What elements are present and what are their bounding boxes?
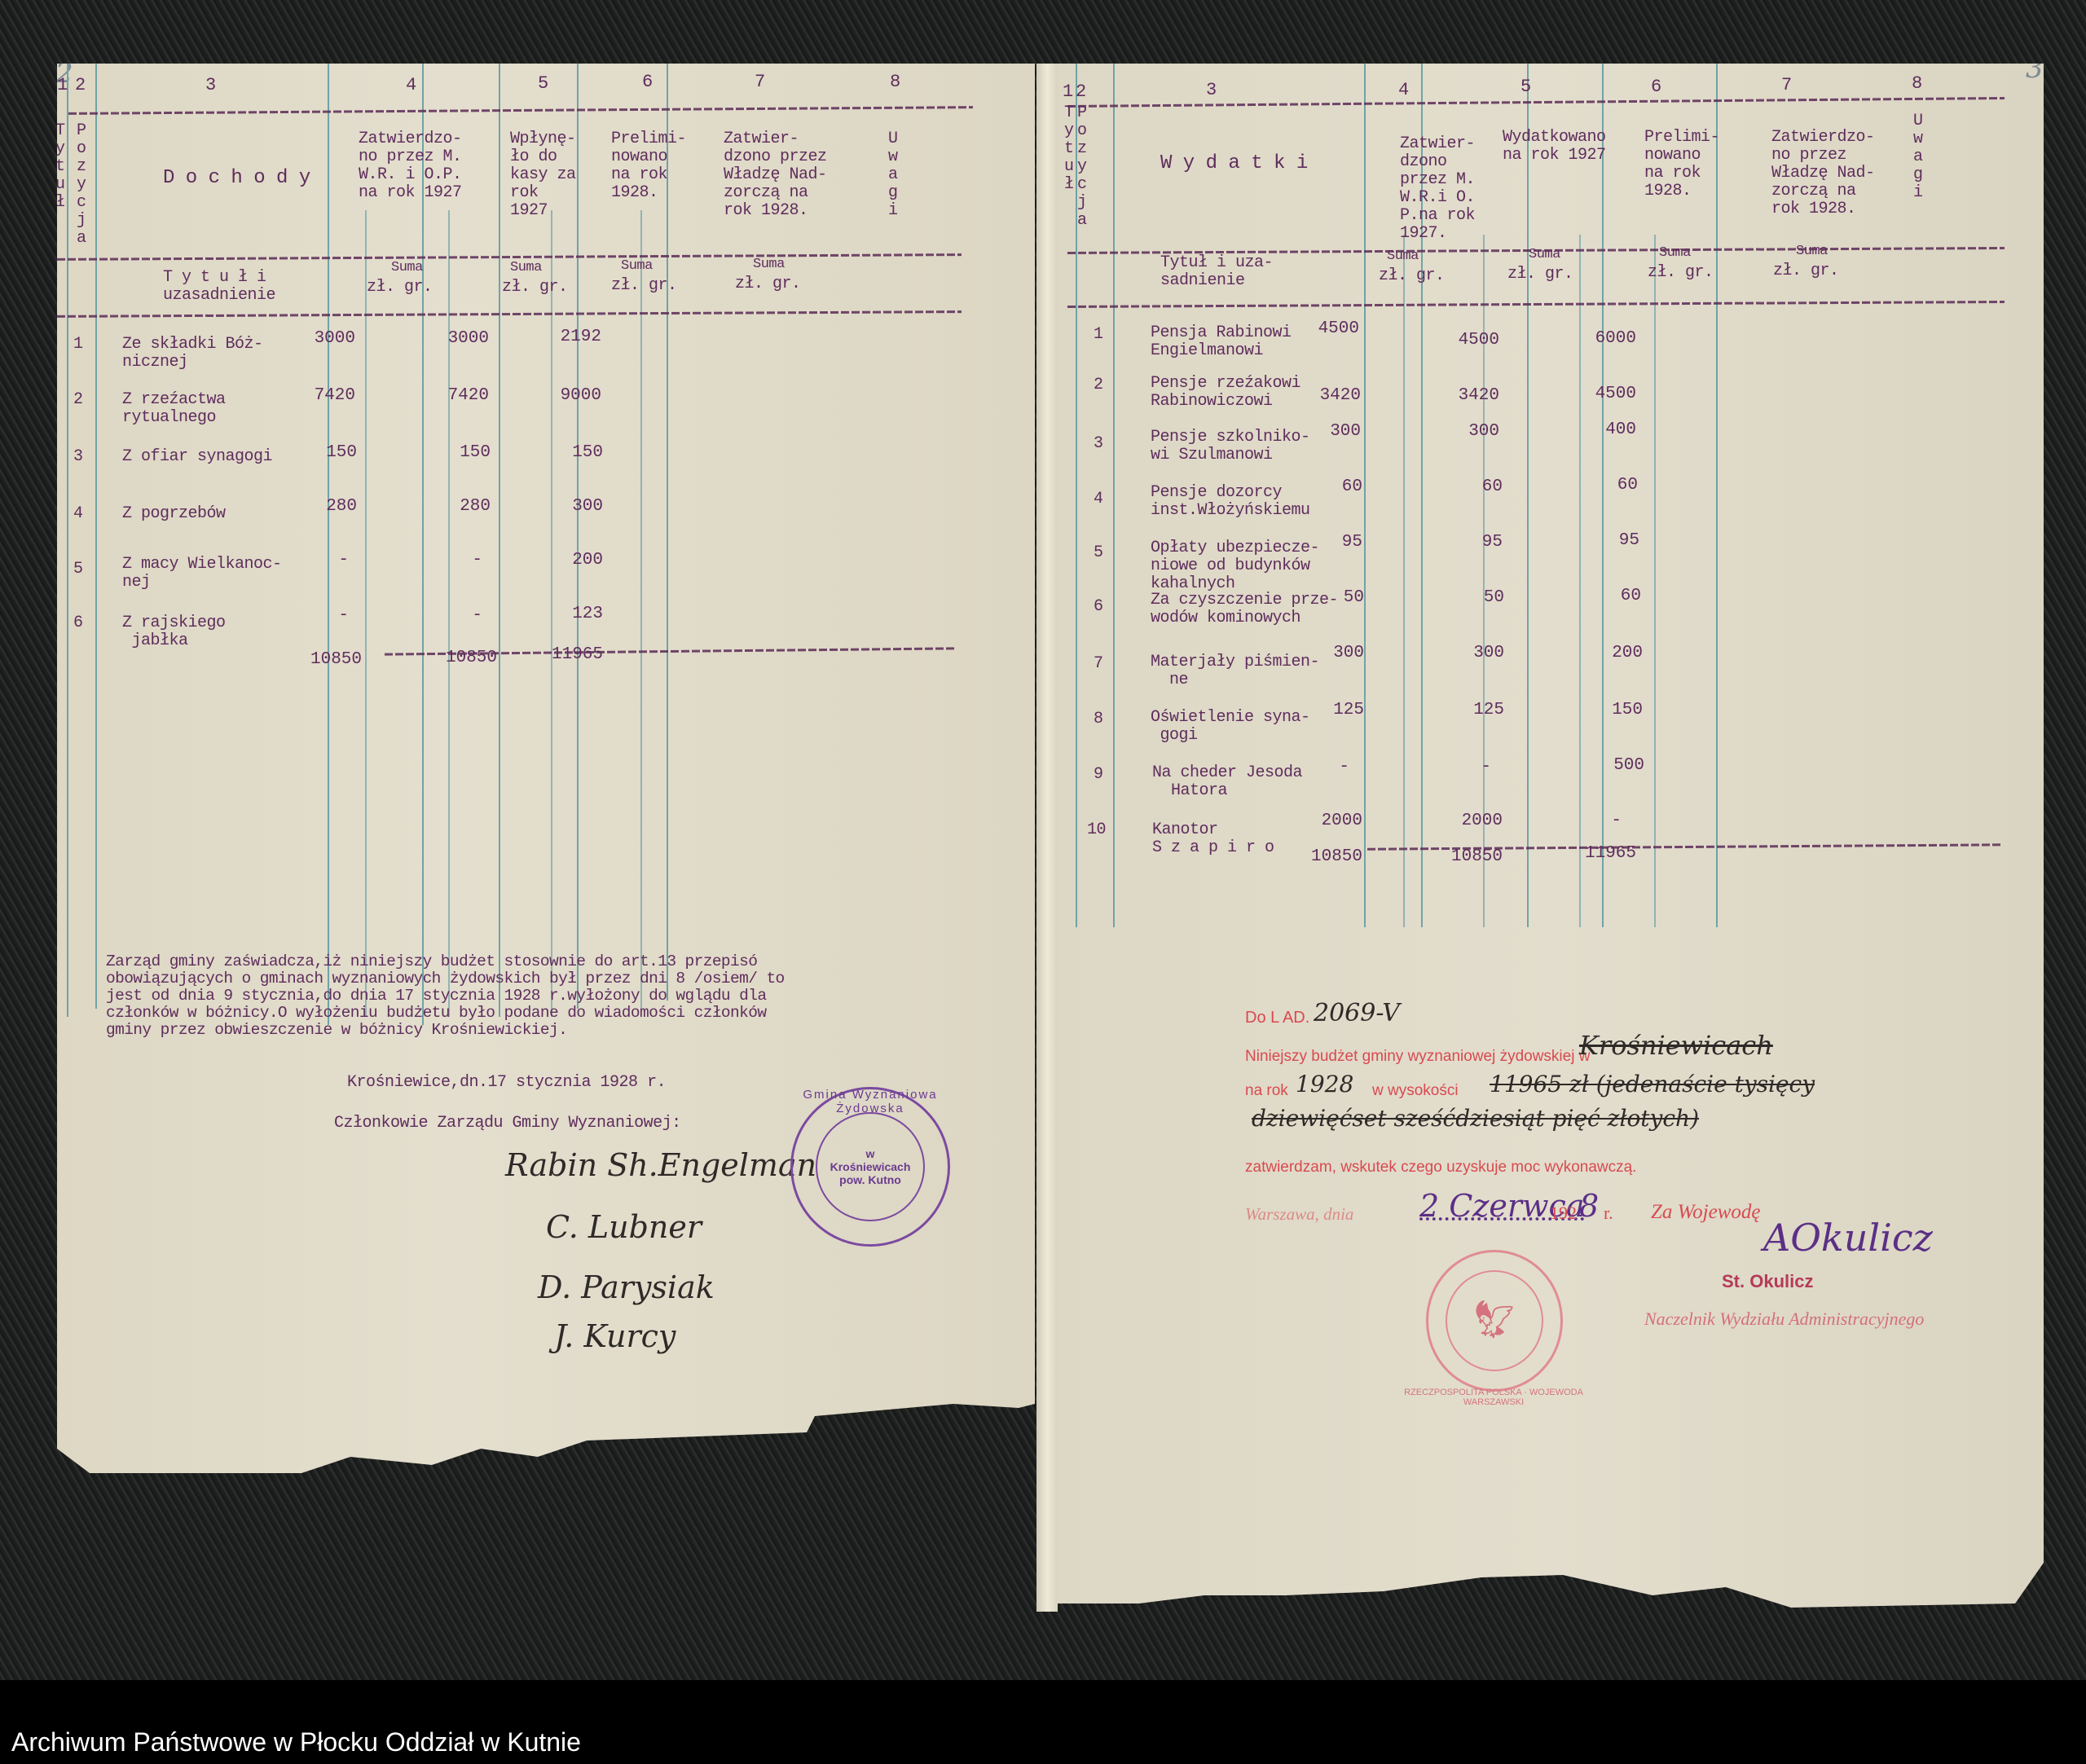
- subheader-justification: Tytuł i uza- sadnienie: [1160, 254, 1273, 290]
- signature-member: C. Lubner: [546, 1209, 702, 1245]
- stamp-inner-w: w: [817, 1147, 923, 1160]
- signer-title-stamp: Naczelnik Wydziału Administracyjnego: [1644, 1309, 1924, 1330]
- subheader-units: zł. gr.: [611, 277, 677, 295]
- stamp-outer-text: Gmina Wyznaniowa Żydowska: [793, 1088, 948, 1115]
- cell-spent-1927: -: [1418, 758, 1491, 776]
- subheader-suma: Suma: [753, 256, 785, 274]
- header-pozycja: Pozycja: [1076, 104, 1089, 230]
- row-description: Pensja Rabinowi Engielmanowi: [1151, 324, 1292, 360]
- column-divider: [328, 64, 329, 1025]
- header-rule: [68, 106, 973, 115]
- board-members-label: Członkowie Zarządu Gminy Wyznaniowej:: [334, 1115, 681, 1133]
- column-divider: [67, 64, 68, 1017]
- cell-received-1927: -: [409, 606, 482, 625]
- cell-approved-1927: -: [275, 606, 349, 625]
- cell-received-1927: 3000: [416, 329, 489, 348]
- eagle-emblem-icon: 🦅︎: [1446, 1270, 1543, 1371]
- column-divider: [95, 64, 97, 1009]
- column-number: 1: [1063, 81, 1073, 102]
- stamp-inner-town: Krośniewicach: [817, 1160, 923, 1173]
- amount-words-handwritten: dziewięćset sześćdziesiąt pięć złotych): [1252, 1105, 1699, 1132]
- row-position: 1: [1094, 326, 1103, 344]
- signature-member: D. Parysiak: [538, 1269, 715, 1305]
- column-number: 8: [890, 72, 900, 92]
- column-divider: [640, 210, 642, 1009]
- cell-approved-1927: 3000: [282, 329, 355, 348]
- row-description: Z pogrzebów: [122, 505, 226, 523]
- archive-caption: Archiwum Państwowe w Płocku Oddział w Ku…: [11, 1727, 581, 1757]
- row-description: Z macy Wielkanoc- nej: [122, 556, 282, 592]
- column-divider: [1654, 235, 1656, 927]
- row-description: Ze składki Bóż- nicznej: [122, 336, 263, 372]
- header-approved-1927: Zatwierdzo- no przez M. W.R. i O.P. na r…: [359, 130, 462, 202]
- row-position: 2: [73, 391, 83, 409]
- cell-planned-1928: 400: [1563, 420, 1636, 439]
- subheader-suma: Suma: [1659, 244, 1691, 262]
- row-description: Oświetlenie syna- gogi: [1151, 709, 1310, 745]
- total-planned-1928: 11965: [1563, 844, 1636, 863]
- row-description: Z rajskiego jabłka: [122, 614, 226, 650]
- year-r: r.: [1604, 1203, 1613, 1224]
- place-date-prefix: Warszawa, dnia: [1245, 1204, 1353, 1225]
- cell-approved-1927: 125: [1291, 701, 1364, 719]
- cell-approved-1927: 280: [284, 497, 357, 516]
- cell-spent-1927: 3420: [1426, 386, 1499, 405]
- row-position: 1: [73, 336, 83, 354]
- cell-spent-1927: 95: [1429, 533, 1503, 552]
- place-date: Krośniewice,dn.17 stycznia 1928 r.: [347, 1074, 666, 1092]
- year-prefix: 192: [1550, 1203, 1577, 1224]
- row-position: 5: [73, 561, 83, 578]
- header-uwagi: Uwagi: [1912, 112, 1925, 202]
- voivode-signature: AOkulicz: [1763, 1216, 1933, 1260]
- cell-approved-1927: 50: [1291, 588, 1364, 607]
- cell-planned-1928: 150: [530, 443, 603, 462]
- cell-planned-1928: 300: [530, 497, 603, 516]
- header-planned-1928: Prelimi- nowano na rok 1928.: [611, 130, 686, 202]
- cell-spent-1927: 4500: [1426, 331, 1499, 350]
- cell-spent-1927: 60: [1429, 477, 1503, 496]
- row-description: Pensje dozorcy inst.Włożyńskiemu: [1151, 484, 1310, 520]
- cell-approved-1927: 2000: [1289, 812, 1362, 830]
- subheader-units: zł. gr.: [735, 275, 801, 293]
- total-received-1927: 10850: [424, 649, 497, 667]
- amount-label: w wysokości: [1372, 1082, 1459, 1100]
- cell-planned-1928: 2192: [528, 328, 601, 346]
- header-uwagi: Uwagi: [887, 130, 900, 220]
- column-number: 7: [1781, 75, 1792, 95]
- header-spent-1927: Wydatkowano na rok 1927: [1503, 129, 1606, 165]
- expense-budget-page: 3 1 2 3 4 5 6 7 8 Tytuł Pozycja W y d a …: [1058, 64, 2044, 1612]
- column-number: 6: [1651, 77, 1661, 97]
- column-divider: [1527, 64, 1529, 927]
- cell-approved-1927: 60: [1289, 477, 1362, 496]
- approval-line3: zatwierdzam, wskutek czego uzyskuje moc …: [1245, 1159, 1636, 1177]
- cell-planned-1928: 4500: [1563, 385, 1636, 403]
- total-approved-1927: 10850: [288, 650, 362, 669]
- cell-received-1927: -: [409, 551, 482, 570]
- column-divider: [499, 64, 500, 1017]
- row-description: Z rzeźactwa rytualnego: [122, 391, 226, 427]
- cell-approved-1927: 95: [1289, 533, 1362, 552]
- cell-planned-1928: 500: [1571, 756, 1644, 775]
- table-body-rule: [1067, 301, 2005, 308]
- header-approved-1928: Zatwier- dzono przez Władzę Nad- zorczą …: [724, 130, 827, 220]
- cell-approved-1927: 150: [284, 443, 357, 462]
- row-position: 4: [1094, 490, 1103, 508]
- total-spent-1927: 10850: [1429, 847, 1503, 866]
- row-position: 6: [73, 614, 83, 632]
- cell-planned-1928: 123: [530, 605, 603, 623]
- column-number: 2: [75, 75, 86, 95]
- subheader-suma: Suma: [510, 259, 542, 277]
- row-position: 5: [1094, 544, 1103, 562]
- column-number: 5: [538, 73, 548, 94]
- row-position: 9: [1094, 766, 1103, 784]
- community-stamp: w Krośniewicach pow. Kutno Gmina Wyznani…: [790, 1087, 950, 1247]
- table-body-rule: [57, 310, 962, 318]
- row-description: Z ofiar synagogi: [122, 448, 272, 466]
- cell-approved-1927: -: [275, 551, 349, 570]
- year-handwritten: 1928: [1296, 1071, 1353, 1098]
- stamp-inner-county: pow. Kutno: [817, 1173, 923, 1186]
- amount-handwritten: 11965 zł (jedenaście tysięcy: [1490, 1071, 1815, 1098]
- signature-member: J. Kurcy: [554, 1318, 676, 1354]
- cell-approved-1927: 300: [1287, 422, 1361, 441]
- town-handwritten: Krośniewicach: [1579, 1030, 1773, 1061]
- column-divider: [1403, 235, 1405, 927]
- archive-footer: Archiwum Państwowe w Płocku Oddział w Ku…: [0, 1680, 2086, 1764]
- row-position: 6: [1094, 598, 1103, 616]
- column-divider: [1364, 64, 1366, 927]
- subheader-units: zł. gr.: [367, 279, 433, 297]
- cell-spent-1927: 2000: [1429, 812, 1503, 830]
- row-position: 3: [1094, 435, 1103, 453]
- total-planned-1928: 11965: [530, 645, 603, 664]
- header-approved-1927: Zatwier- dzono przez M. W.R.i O. P.na ro…: [1400, 135, 1475, 243]
- header-pozycja: Pozycja: [75, 122, 88, 248]
- row-position: 2: [1094, 376, 1103, 394]
- header-expense-title: W y d a t k i: [1160, 155, 1308, 173]
- column-number: 4: [406, 75, 416, 95]
- row-position: 8: [1094, 710, 1103, 728]
- year-label: na rok: [1245, 1082, 1288, 1100]
- column-number: 2: [1076, 81, 1086, 102]
- row-description: Pensje rzeźakowi Rabinowiczowi: [1151, 375, 1300, 411]
- column-number: 5: [1520, 77, 1531, 97]
- subheader-suma: Suma: [391, 259, 423, 277]
- total-approved-1927: 10850: [1289, 847, 1362, 866]
- subheader-units: zł. gr.: [1773, 262, 1839, 280]
- row-position: 4: [73, 505, 83, 523]
- column-divider: [667, 64, 668, 1001]
- income-budget-page: 2 1 2 3 4 5 6 7 8 Tytuł Pozycja D o c h …: [57, 64, 1035, 1595]
- header-income-title: D o c h o d y: [163, 169, 310, 187]
- cell-planned-1928: 150: [1569, 701, 1643, 719]
- cell-approved-1927: 3420: [1287, 386, 1361, 405]
- row-position: 10: [1087, 821, 1106, 839]
- cell-approved-1927: 4500: [1286, 319, 1359, 338]
- cell-spent-1927: 50: [1431, 588, 1504, 607]
- year-suffix-handwritten: 8: [1579, 1188, 1599, 1224]
- header-planned-1928: Prelimi- nowano na rok 1928.: [1644, 129, 1719, 200]
- column-divider: [577, 64, 579, 1009]
- column-number: 6: [642, 72, 653, 92]
- subheader-justification: T y t u ł i uzasadnienie: [163, 269, 275, 305]
- row-description: Pensje szkolniko- wi Szulmanowi: [1151, 429, 1310, 464]
- cell-spent-1927: 300: [1426, 422, 1499, 441]
- header-received-1927: Wpłynę- ło do kasy za rok 1927: [510, 130, 576, 220]
- cell-received-1927: 150: [417, 443, 491, 462]
- subheader-units: zł. gr.: [1379, 267, 1445, 285]
- subheader-units: zł. gr.: [1648, 264, 1714, 282]
- seal-text: RZECZPOSPOLITA POLSKA · WOJEWODA WARSZAW…: [1396, 1388, 1591, 1407]
- header-tytul: Tytuł: [1063, 104, 1076, 194]
- cell-spent-1927: 125: [1431, 701, 1504, 719]
- column-divider: [1113, 64, 1115, 927]
- signature-rabbi: Rabin Sh.Engelman: [505, 1147, 816, 1183]
- reference-label: Do L AD.: [1245, 1009, 1309, 1027]
- row-description: Kanotor S z a p i r o: [1152, 821, 1274, 857]
- column-number: 3: [1206, 80, 1217, 100]
- for-voivode-label: Za Wojewodę: [1651, 1201, 1761, 1224]
- cell-planned-1928: 200: [1569, 644, 1643, 662]
- cell-received-1927: 7420: [416, 386, 489, 405]
- header-approved-1928: Zatwierdzo- no przez Władzę Nad- zorczą …: [1771, 129, 1875, 218]
- column-divider: [1602, 64, 1604, 927]
- subheader-suma: Suma: [1529, 246, 1560, 264]
- subheader-units: zł. gr.: [502, 279, 568, 297]
- cell-planned-1928: 60: [1568, 587, 1641, 605]
- cell-received-1927: 280: [417, 497, 491, 516]
- subheader-units: zł. gr.: [1507, 266, 1573, 284]
- column-divider: [365, 210, 367, 1017]
- row-position: 3: [73, 448, 83, 466]
- signer-name-stamp: St. Okulicz: [1722, 1271, 1813, 1292]
- cell-planned-1928: -: [1548, 812, 1622, 830]
- cell-planned-1928: 95: [1566, 531, 1639, 550]
- column-number: 8: [1912, 73, 1922, 94]
- row-position: 7: [1094, 655, 1103, 673]
- subheader-suma: Suma: [1796, 243, 1828, 261]
- column-number: 1: [57, 75, 68, 95]
- column-number: 4: [1398, 80, 1409, 100]
- approval-line1: Niniejszy budżet gminy wyznaniowej żydow…: [1245, 1048, 1590, 1066]
- column-divider: [422, 64, 424, 1025]
- cell-spent-1927: 300: [1431, 644, 1504, 662]
- cell-planned-1928: 6000: [1563, 329, 1636, 348]
- state-seal: 🦅︎ RZECZPOSPOLITA POLSKA · WOJEWODA WARS…: [1426, 1250, 1563, 1392]
- cell-approved-1927: -: [1276, 758, 1349, 776]
- subheader-suma: Suma: [1387, 248, 1419, 266]
- certification-text: Zarząd gminy zaświadcza,iż niniejszy bud…: [106, 953, 785, 1039]
- cell-planned-1928: 60: [1564, 476, 1638, 495]
- cell-planned-1928: 9000: [528, 386, 601, 405]
- subheader-suma: Suma: [621, 257, 653, 275]
- cell-approved-1927: 7420: [282, 386, 355, 405]
- subheader-rule: [57, 253, 962, 261]
- binding-fold: [1036, 64, 1058, 1612]
- column-number: 3: [205, 75, 216, 95]
- cell-planned-1928: 200: [530, 551, 603, 570]
- cell-approved-1927: 300: [1291, 644, 1364, 662]
- column-number: 7: [755, 72, 765, 92]
- reference-number: 2069-V: [1314, 999, 1400, 1027]
